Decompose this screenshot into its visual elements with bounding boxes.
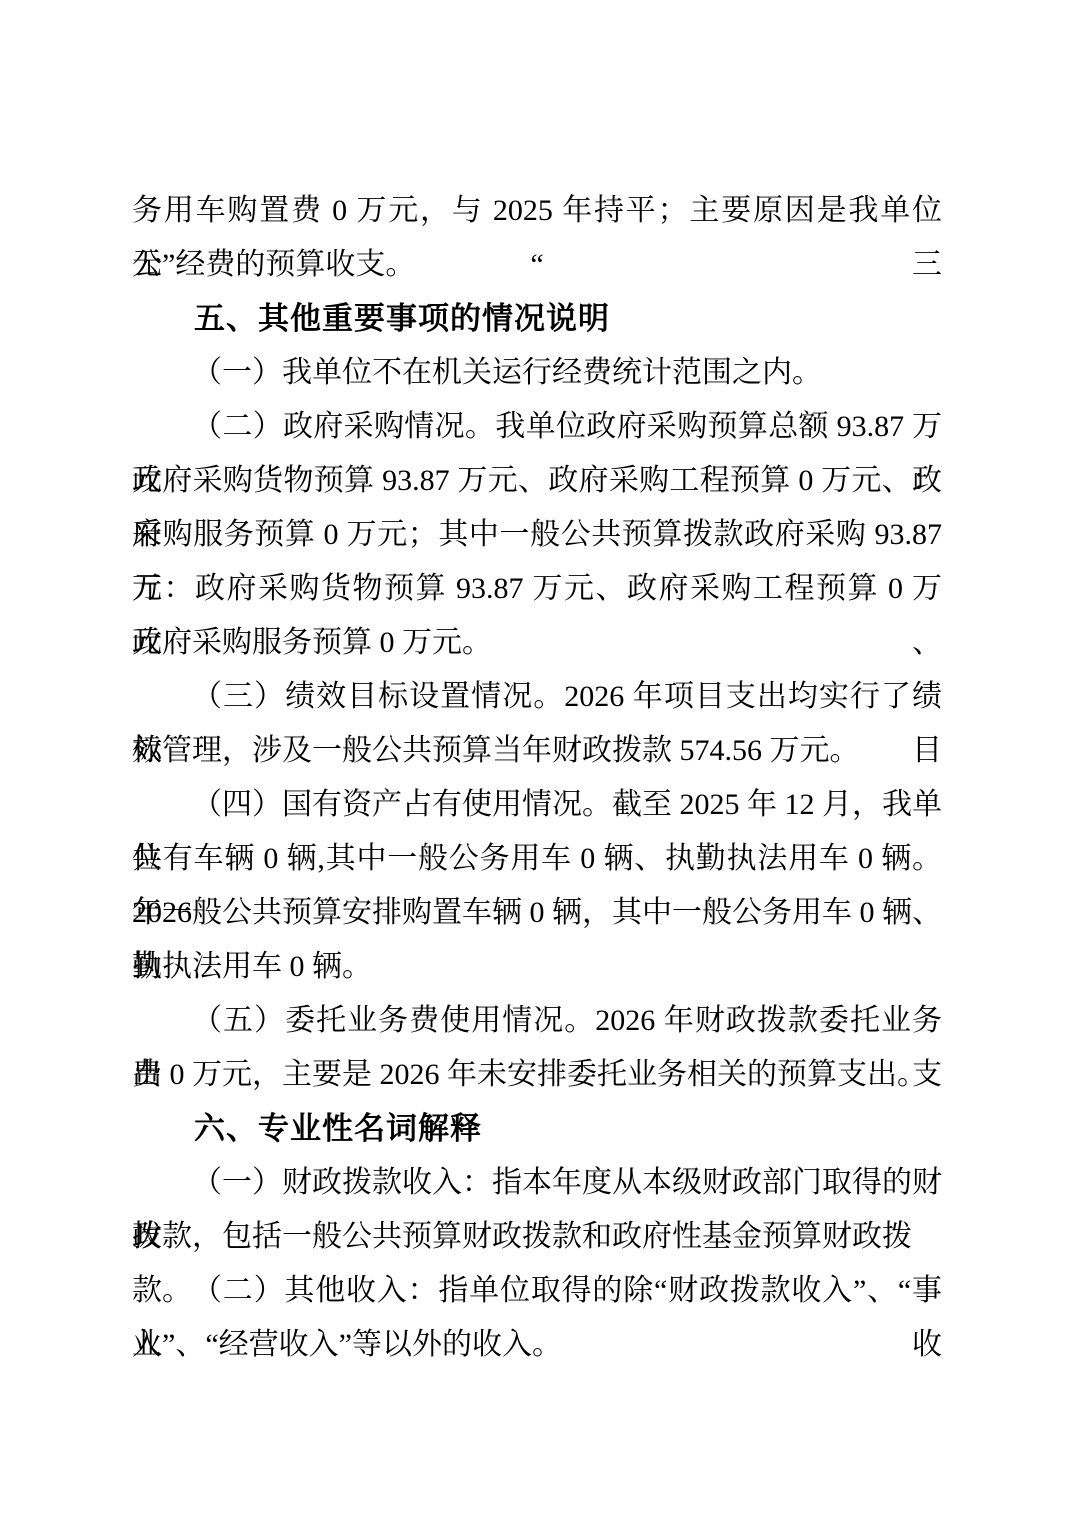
paragraph-item-5-line: 出 0 万元，主要是 2026 年未安排委托业务相关的预算支出。 xyxy=(132,1048,942,1102)
heading-section-6: 六、专业性名词解释 xyxy=(132,1102,942,1156)
paragraph-item-4-line: 年一般公共预算安排购置车辆 0 辆，其中一般公务用车 0 辆、执 xyxy=(132,886,942,940)
paragraph-item-4-line: （四）国有资产占有使用情况。截至 2025 年 12 月，我单位 xyxy=(132,778,942,832)
document-text-block: 务用车购置费 0 万元，与 2025 年持平；主要原因是我单位无“三 公”经费的… xyxy=(132,184,942,1372)
paragraph-item-2-line: 政府采购货物预算 93.87 万元、政府采购工程预算 0 万元、政府 xyxy=(132,454,942,508)
paragraph-term-1-line: 拨款，包括一般公共预算财政拨款和政府性基金预算财政拨款。 xyxy=(132,1210,942,1264)
paragraph-item-3-line: 标管理，涉及一般公共预算当年财政拨款 574.56 万元。 xyxy=(132,724,942,778)
paragraph-item-5-line: （五）委托业务费使用情况。2026 年财政拨款委托业务费支 xyxy=(132,994,942,1048)
paragraph-item-3-line: （三）绩效目标设置情况。2026 年项目支出均实行了绩效目 xyxy=(132,670,942,724)
paragraph-item-2-line: （二）政府采购情况。我单位政府采购预算总额 93.87 万元： xyxy=(132,400,942,454)
paragraph-item-1-line: （一）我单位不在机关运行经费统计范围之内。 xyxy=(132,346,942,400)
paragraph-item-2-line: 元：政府采购货物预算 93.87 万元、政府采购工程预算 0 万元、 xyxy=(132,562,942,616)
paragraph-term-2-line: （二）其他收入：指单位取得的除“财政拨款收入”、“事业收 xyxy=(132,1264,942,1318)
paragraph-item-4-line: 共有车辆 0 辆,其中一般公务用车 0 辆、执勤执法用车 0 辆。2026 xyxy=(132,832,942,886)
paragraph-item-4-line: 勤执法用车 0 辆。 xyxy=(132,940,942,994)
paragraph-item-2-line: 采购服务预算 0 万元；其中一般公共预算拨款政府采购 93.87 万 xyxy=(132,508,942,562)
paragraph-term-1-line: （一）财政拨款收入：指本年度从本级财政部门取得的财政 xyxy=(132,1156,942,1210)
document-page: 务用车购置费 0 万元，与 2025 年持平；主要原因是我单位无“三 公”经费的… xyxy=(0,0,1074,1520)
heading-section-5: 五、其他重要事项的情况说明 xyxy=(132,292,942,346)
paragraph-continuation-line: 务用车购置费 0 万元，与 2025 年持平；主要原因是我单位无“三 xyxy=(132,184,942,238)
